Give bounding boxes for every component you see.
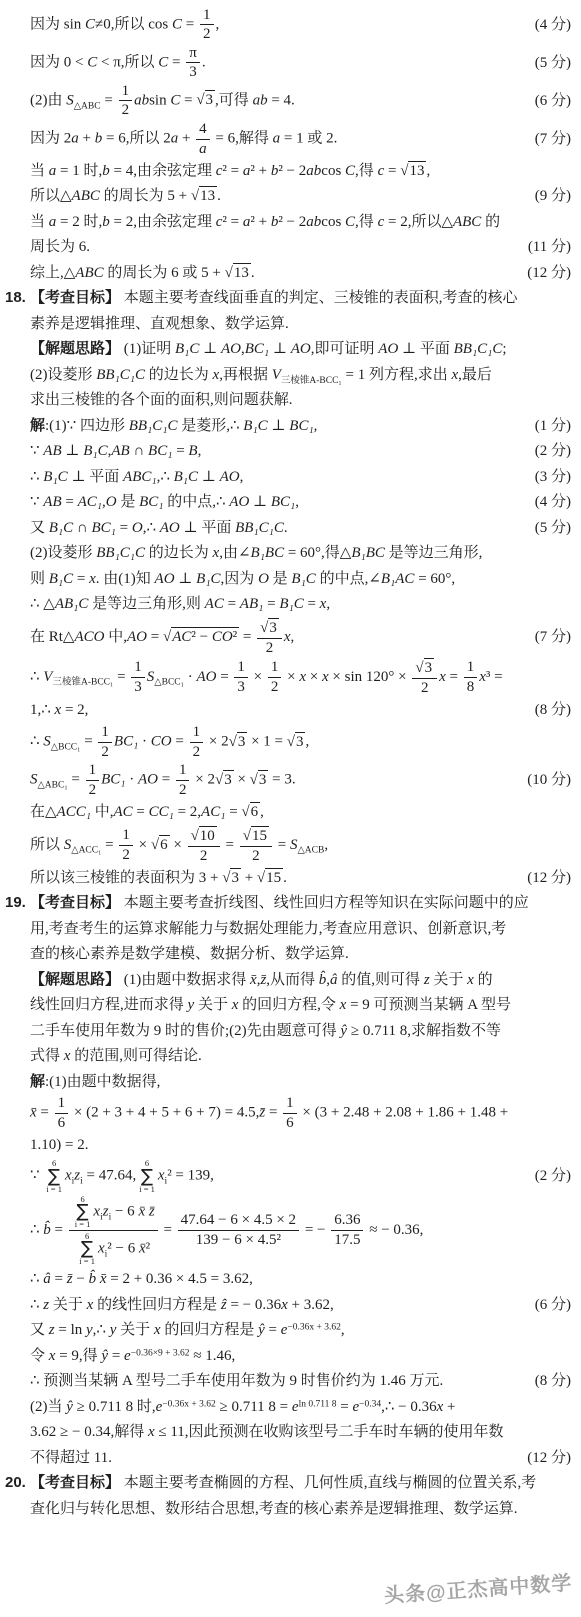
math-italic: O bbox=[258, 571, 269, 587]
math-italic: z bbox=[43, 1297, 49, 1313]
line-content: 在△ACC₁ 中,AC = CC₁ = 2,AC₁ = √6, bbox=[30, 801, 571, 824]
score-label: (10 分) bbox=[527, 769, 571, 792]
math-italic: x bbox=[232, 997, 239, 1013]
math-italic: C bbox=[158, 54, 168, 70]
fraction-denominator: 6∑i = 1xi² − 6 x̄² bbox=[69, 1231, 158, 1266]
solution-line: 不得超过 11.(12 分) bbox=[0, 1446, 581, 1470]
fraction-numerator: √15 bbox=[240, 826, 272, 847]
line-content: 【解题思路】 (1)由题中数据求得 x̄,z̄,从而得 b̂,â 的值,则可得 … bbox=[30, 969, 571, 992]
math-italic: c bbox=[378, 163, 385, 179]
math-italic: AC₁ bbox=[201, 804, 225, 820]
fraction: 13 bbox=[131, 659, 145, 696]
fraction-denominator: 2 bbox=[240, 847, 272, 865]
math-italic: BB₁C₁C bbox=[235, 520, 284, 536]
fraction: √32 bbox=[412, 658, 437, 697]
radicand: 10 bbox=[199, 826, 217, 845]
score-label: (12 分) bbox=[527, 1447, 571, 1470]
sum-lower-limit: i = 1 bbox=[139, 1185, 155, 1194]
solution-line: 又 B₁C ∩ BC₁ = O,∴ AO ⊥ 平面 BB₁C₁C.(5 分) bbox=[0, 516, 581, 540]
solution-line: ∴ S△BCC₁ = 12BC₁ · CO = 12 × 2√3 × 1 = √… bbox=[0, 724, 581, 761]
solution-line: x̄ = 16 × (2 + 3 + 4 + 5 + 6 + 7) = 4.5,… bbox=[0, 1095, 581, 1132]
sum-lower-limit: i = 1 bbox=[75, 1220, 91, 1229]
math-italic: b bbox=[102, 163, 110, 179]
math-italic: S bbox=[30, 772, 38, 788]
math-italic: ŷ bbox=[66, 1399, 73, 1415]
math-italic: x bbox=[284, 629, 291, 645]
subscript: △ABC bbox=[74, 101, 101, 111]
line-content: 素养是逻辑推理、直观想象、数学运算. bbox=[30, 313, 571, 336]
line-content: 则 B₁C = x. 由(1)知 AO ⊥ B₁C,因为 O 是 B₁C 的中点… bbox=[30, 568, 571, 591]
math-italic: AO bbox=[196, 669, 216, 685]
radicand: 15 bbox=[251, 826, 269, 845]
fraction-numerator: 6∑i = 1xizi − 6 x̄ z̄ bbox=[69, 1195, 158, 1231]
subscript: △BCC₁ bbox=[51, 743, 81, 753]
line-content: 3.62 ≥ − 0.34,解得 x ≤ 11,因此预测在收购该型号二手车时车辆… bbox=[30, 1421, 571, 1444]
line-content: (2)设菱形 BB₁C₁C 的边长为 x,再根据 V三棱锥A-BCC₁ = 1 … bbox=[30, 364, 571, 387]
line-content: 又 z = ln y,∴ y 关于 x 的回归方程是 ŷ = e−0.36x +… bbox=[30, 1319, 571, 1342]
math-italic: C bbox=[170, 92, 180, 108]
radical: √13 bbox=[191, 188, 217, 204]
bold-label: 【考查目标】 bbox=[30, 894, 120, 911]
radical: √3 bbox=[196, 92, 215, 108]
fraction-denominator: 17.5 bbox=[331, 1231, 363, 1249]
math-italic: AC₁ bbox=[78, 494, 102, 510]
math-italic: BC₁ bbox=[245, 341, 269, 357]
score-label: (3 分) bbox=[535, 466, 571, 489]
math-italic: BC₁ bbox=[139, 494, 163, 510]
math-italic: B₁BC bbox=[351, 545, 385, 561]
math-italic: ab bbox=[306, 163, 321, 179]
line-content: 1,∴ x = 2, bbox=[30, 699, 529, 722]
fraction-denominator: 2 bbox=[119, 846, 133, 864]
math-italic: AO bbox=[160, 520, 180, 536]
score-label: (8 分) bbox=[535, 1370, 571, 1393]
math-italic: ABC bbox=[75, 265, 103, 281]
math-italic: y bbox=[86, 1322, 93, 1338]
fraction: √102 bbox=[188, 826, 220, 865]
solution-line: 则 B₁C = x. 由(1)知 AO ⊥ B₁C,因为 O 是 B₁C 的中点… bbox=[0, 567, 581, 591]
fraction-numerator: 1 bbox=[131, 659, 145, 678]
sum-lower-limit: i = 1 bbox=[46, 1185, 62, 1194]
radical: √13 bbox=[225, 265, 251, 281]
fraction-numerator: 1 bbox=[200, 7, 214, 26]
math-italic: x bbox=[340, 997, 347, 1013]
math-italic: ab bbox=[253, 92, 268, 108]
score-label: (7 分) bbox=[535, 128, 571, 151]
fraction-numerator: √10 bbox=[188, 826, 220, 847]
fraction-numerator: 1 bbox=[283, 1095, 297, 1114]
math-italic: e bbox=[292, 1399, 299, 1415]
fraction-numerator: 1 bbox=[176, 762, 190, 781]
math-italic: a bbox=[273, 131, 281, 147]
line-content: ∴ â = z̄ − b̂ x̄ = 2 + 0.36 × 4.5 = 3.62… bbox=[30, 1268, 571, 1291]
fraction: 4a bbox=[196, 121, 210, 158]
math-italic: S bbox=[43, 734, 51, 750]
math-italic: a bbox=[199, 141, 207, 157]
fraction-numerator: 1 bbox=[268, 659, 282, 678]
radicand: 3 bbox=[295, 732, 306, 751]
math-italic: BB₁C₁C bbox=[454, 341, 503, 357]
fraction-numerator: 1 bbox=[86, 762, 100, 781]
fraction-numerator: π bbox=[186, 45, 200, 64]
bold-label: 【解题思路】 bbox=[30, 340, 120, 357]
solution-line: 式得 x 的范围,则可得结论. bbox=[0, 1044, 581, 1068]
math-italic: BB₁C₁C bbox=[96, 545, 145, 561]
math-italic: b̂ bbox=[89, 1271, 97, 1287]
math-italic: x bbox=[299, 669, 306, 685]
radicand: 6 bbox=[159, 835, 170, 854]
fraction-denominator: 2 bbox=[119, 101, 133, 119]
solution-line: ∴ V三棱锥A-BCC₁ = 13S△BCC₁ · AO = 13 × 12 ×… bbox=[0, 658, 581, 697]
superscript: −0.36x + 3.62 bbox=[287, 1322, 340, 1332]
math-italic: a bbox=[243, 163, 251, 179]
line-content: ∴ V三棱锥A-BCC₁ = 13S△BCC₁ · AO = 13 × 12 ×… bbox=[30, 658, 571, 697]
solution-line: (2)设菱形 BB₁C₁C 的边长为 x,再根据 V三棱锥A-BCC₁ = 1 … bbox=[0, 363, 581, 387]
line-content: 求出三棱锥的各个面的面积,则问题获解. bbox=[30, 389, 571, 412]
fraction-denominator: 2 bbox=[86, 781, 100, 799]
math-italic: x bbox=[322, 669, 329, 685]
superscript: −0.34 bbox=[359, 1399, 381, 1409]
math-italic: AB bbox=[111, 443, 129, 459]
solution-line: (2)由 S△ABC = 12absin C = √3,可得 ab = 4.(6… bbox=[0, 83, 581, 120]
line-content: 令 x = 9,得 ŷ = e−0.36×9 + 3.62 ≈ 1.46, bbox=[30, 1345, 571, 1368]
line-content: (2)当 ŷ ≥ 0.711 8 时,e−0.36x + 3.62 ≥ 0.71… bbox=[30, 1396, 571, 1419]
question-number: 19. bbox=[5, 892, 30, 915]
radicand: 13 bbox=[408, 161, 426, 180]
fraction-denominator: 2 bbox=[268, 678, 282, 696]
score-label: (4 分) bbox=[535, 491, 571, 514]
fraction-denominator: 8 bbox=[464, 678, 478, 696]
fraction: 12 bbox=[119, 83, 133, 120]
line-content: 在 Rt△ACO 中,AO = √AC² − CO² = √32x, bbox=[30, 618, 529, 657]
math-italic: x bbox=[281, 1297, 288, 1313]
math-italic: e bbox=[124, 1348, 131, 1364]
radical-sign-icon: √ bbox=[257, 867, 265, 890]
radicand: 15 bbox=[265, 868, 283, 887]
radical-sign-icon: √ bbox=[243, 828, 251, 845]
subscript: i bbox=[165, 1176, 168, 1186]
fraction-numerator: 1 bbox=[119, 83, 133, 102]
math-italic: b bbox=[102, 214, 110, 230]
solution-line: 解:(1)∵ 四边形 BB₁C₁C 是菱形,∴ B₁C ⊥ BC₁,(1 分) bbox=[0, 414, 581, 438]
solution-line: 查化归与转化思想、数形结合思想,考查的核心素养是逻辑推理、数学运算. bbox=[0, 1497, 581, 1521]
fraction-denominator: 2 bbox=[412, 679, 437, 697]
math-italic: z bbox=[424, 972, 430, 988]
math-italic: x bbox=[439, 669, 446, 685]
subscript: 三棱锥A-BCC₁ bbox=[281, 375, 342, 385]
solution-line: 综上,△ABC 的周长为 6 或 5 + √13.(12 分) bbox=[0, 261, 581, 285]
math-italic: AB bbox=[43, 443, 61, 459]
superscript: −0.36x + 3.62 bbox=[162, 1399, 215, 1409]
fraction: 6.3617.5 bbox=[331, 1212, 363, 1249]
line-content: 查的核心素养是数学建模、数据分析、数学运算. bbox=[30, 943, 571, 966]
math-italic: â bbox=[330, 972, 338, 988]
watermark: 头条@正杰高中数学 bbox=[384, 1568, 574, 1611]
math-italic: AO bbox=[229, 494, 249, 510]
math-italic: BC₁ bbox=[289, 418, 313, 434]
fraction-denominator: 6 bbox=[283, 1114, 297, 1132]
fraction: 47.64 − 6 × 4.5 × 2139 − 6 × 4.5² bbox=[178, 1212, 299, 1249]
math-italic: y bbox=[188, 997, 195, 1013]
math-italic: z̄ bbox=[67, 1271, 73, 1287]
fraction: √152 bbox=[240, 826, 272, 865]
fraction-numerator: 1 bbox=[55, 1095, 69, 1114]
summation: 6∑i = 1 bbox=[79, 1232, 95, 1266]
math-italic: x bbox=[89, 571, 96, 587]
math-italic: x bbox=[320, 596, 327, 612]
math-italic: AO bbox=[291, 341, 311, 357]
math-italic: AO bbox=[138, 772, 158, 788]
math-italic: ŷ bbox=[258, 1322, 265, 1338]
radical-sign-icon: √ bbox=[250, 769, 258, 792]
subscript: i bbox=[80, 1176, 83, 1186]
line-content: 所以△ABC 的周长为 5 + √13. bbox=[30, 185, 529, 208]
score-label: (2 分) bbox=[535, 1165, 571, 1188]
line-content: 【考查目标】 本题主要考查线面垂直的判定、三棱锥的表面积,考查的核心 bbox=[30, 287, 571, 310]
radical-sign-icon: √ bbox=[229, 731, 237, 754]
summation: 6∑i = 1 bbox=[139, 1159, 155, 1193]
fraction-numerator: 4 bbox=[196, 121, 210, 140]
solution-line: 因为 sin C≠0,所以 cos C = 12,(4 分) bbox=[0, 7, 581, 44]
solution-line: 所以△ABC 的周长为 5 + √13.(9 分) bbox=[0, 184, 581, 208]
radicand: 13 bbox=[199, 186, 217, 205]
solution-line: 线性回归方程,进而求得 y 关于 x 的回归方程,令 x = 9 可预测当某辆 … bbox=[0, 993, 581, 1017]
radical-sign-icon: √ bbox=[287, 731, 295, 754]
line-content: 所以 S△ACC₁ = 12 × √6 × √102 = √152 = S△AC… bbox=[30, 826, 571, 865]
solution-line: 二手车使用年数为 9 时的售价;(2)先由题意可得 ŷ ≥ 0.711 8,求解… bbox=[0, 1019, 581, 1043]
line-content: (2)由 S△ABC = 12absin C = √3,可得 ab = 4. bbox=[30, 83, 529, 120]
math-italic: â bbox=[43, 1271, 51, 1287]
radicand: 3 bbox=[258, 770, 269, 789]
line-content: ∴ △AB₁C 是等边三角形,则 AC = AB₁ = B₁C = x, bbox=[30, 593, 571, 616]
radicand: 3 bbox=[237, 732, 248, 751]
radical-sign-icon: √ bbox=[225, 262, 233, 285]
solution-line: 当 a = 1 时,b = 4,由余弦定理 c² = a² + b² − 2ab… bbox=[0, 159, 581, 183]
sigma-icon: ∑ bbox=[48, 1168, 60, 1185]
math-italic: c bbox=[378, 214, 385, 230]
math-italic: BB₁C₁C bbox=[96, 367, 145, 383]
radical: √3 bbox=[250, 772, 269, 788]
math-italic: x bbox=[154, 1322, 161, 1338]
math-italic: AB₁ bbox=[240, 596, 264, 612]
math-italic: ab bbox=[306, 214, 321, 230]
math-italic: x bbox=[451, 367, 458, 383]
math-italic: c bbox=[216, 214, 223, 230]
radical: √3 bbox=[229, 734, 248, 750]
subscript: △ACB bbox=[297, 845, 324, 855]
score-label: (5 分) bbox=[535, 52, 571, 75]
math-italic: b bbox=[95, 131, 103, 147]
line-content: 用,考查考生的运算求解能力与数据处理能力,考查应用意识、创新意识,考 bbox=[30, 918, 571, 941]
solution-line: 在 Rt△ACO 中,AO = √AC² − CO² = √32x,(7 分) bbox=[0, 618, 581, 657]
math-italic: x̄ bbox=[100, 1271, 107, 1287]
math-italic: BC₁ bbox=[271, 494, 295, 510]
subscript: i bbox=[109, 1212, 112, 1222]
line-content: S△ABC₁ = 12BC₁ · AO = 12 × 2√3 × √3 = 3. bbox=[30, 762, 521, 799]
score-label: (4 分) bbox=[535, 14, 571, 37]
line-content: 【解题思路】 (1)证明 B₁C ⊥ AO,BC₁ ⊥ AO,即可证明 AO ⊥… bbox=[30, 338, 571, 361]
solution-line: 周长为 6.(11 分) bbox=[0, 235, 581, 259]
solution-line: ∵ AB = AC₁,O 是 BC₁ 的中点,∴ AO ⊥ BC₁,(4 分) bbox=[0, 490, 581, 514]
line-content: ∴ b̂ = 6∑i = 1xizi − 6 x̄ z̄6∑i = 1xi² −… bbox=[30, 1195, 571, 1266]
summation: 6∑i = 1 bbox=[46, 1159, 62, 1193]
fraction-numerator: √3 bbox=[257, 618, 282, 639]
line-content: 不得超过 11. bbox=[30, 1447, 521, 1470]
line-content: 式得 x 的范围,则可得结论. bbox=[30, 1045, 571, 1068]
math-italic: AC bbox=[205, 596, 224, 612]
bold-label: 【考查目标】 bbox=[30, 289, 120, 306]
fraction-denominator: 2 bbox=[188, 847, 220, 865]
score-label: (9 分) bbox=[535, 185, 571, 208]
math-italic: a bbox=[243, 214, 251, 230]
line-content: ∴ z 关于 x 的线性回归方程是 ẑ = − 0.36x + 3.62, bbox=[30, 1294, 529, 1317]
math-italic: V bbox=[272, 367, 281, 383]
line-content: 当 a = 1 时,b = 4,由余弦定理 c² = a² + b² − 2ab… bbox=[30, 160, 571, 183]
math-italic: x bbox=[479, 669, 486, 685]
radicand: 3 bbox=[223, 770, 234, 789]
math-italic: O bbox=[106, 494, 117, 510]
question-number: 18. bbox=[5, 287, 30, 310]
question-number: 20. bbox=[5, 1472, 30, 1495]
math-italic: x bbox=[64, 1048, 71, 1064]
solution-line: 解:(1)由题中数据得, bbox=[0, 1070, 581, 1094]
sigma-icon: ∑ bbox=[141, 1168, 153, 1185]
solution-line: 1,∴ x = 2,(8 分) bbox=[0, 698, 581, 722]
summation: 6∑i = 1 bbox=[75, 1195, 91, 1229]
math-italic: AO bbox=[221, 341, 241, 357]
solution-line: ∵ 6∑i = 1xizi = 47.64,6∑i = 1xi² = 139,(… bbox=[0, 1159, 581, 1193]
radical: √15 bbox=[243, 828, 269, 844]
subscript: △BCC₁ bbox=[154, 678, 184, 688]
math-italic: AO bbox=[155, 571, 175, 587]
math-italic: x̄ bbox=[30, 1105, 37, 1121]
fraction-denominator: 2 bbox=[190, 743, 204, 761]
fraction: 18 bbox=[464, 659, 478, 696]
solution-line: 在△ACC₁ 中,AC = CC₁ = 2,AC₁ = √6, bbox=[0, 800, 581, 824]
fraction: 13 bbox=[234, 659, 248, 696]
line-content: 线性回归方程,进而求得 y 关于 x 的回归方程,令 x = 9 可预测当某辆 … bbox=[30, 994, 571, 1017]
math-italic: x bbox=[158, 1168, 165, 1184]
radical: √3 bbox=[215, 772, 234, 788]
bold-label: 解 bbox=[30, 417, 45, 434]
fraction-denominator: 139 − 6 × 4.5² bbox=[178, 1231, 299, 1249]
radical-sign-icon: √ bbox=[151, 834, 159, 857]
item-heading-line: 19.【考查目标】 本题主要考查折线图、线性回归方程等知识在实际问题中的应 bbox=[0, 891, 581, 915]
math-italic: x bbox=[98, 1240, 105, 1256]
fraction-denominator: 3 bbox=[131, 678, 145, 696]
math-italic: BB₁C₁C bbox=[129, 418, 178, 434]
math-italic: a bbox=[49, 163, 57, 179]
fraction: √32 bbox=[257, 618, 282, 657]
math-italic: z bbox=[49, 1322, 55, 1338]
fraction: 12 bbox=[268, 659, 282, 696]
fraction: 12 bbox=[190, 724, 204, 761]
solution-line: ∴ z 关于 x 的线性回归方程是 ẑ = − 0.36x + 3.62,(6 … bbox=[0, 1293, 581, 1317]
radical: √6 bbox=[241, 804, 260, 820]
score-label: (5 分) bbox=[535, 517, 571, 540]
fraction: 12 bbox=[98, 724, 112, 761]
math-italic: S bbox=[66, 92, 74, 108]
line-content: 因为 2a + b = 6,所以 2a + 4a = 6,解得 a = 1 或 … bbox=[30, 121, 529, 158]
score-label: (1 分) bbox=[535, 415, 571, 438]
math-italic: ABC bbox=[453, 214, 481, 230]
fraction-denominator: 3 bbox=[234, 678, 248, 696]
solution-line: 用,考查考生的运算求解能力与数据处理能力,考查应用意识、创新意识,考 bbox=[0, 917, 581, 941]
sigma-icon: ∑ bbox=[77, 1203, 89, 1220]
math-italic: C bbox=[345, 163, 355, 179]
math-italic: B₁C bbox=[174, 469, 198, 485]
radical: √3 bbox=[287, 734, 306, 750]
math-italic: x bbox=[49, 1348, 56, 1364]
math-italic: z̄ bbox=[149, 1203, 155, 1219]
math-italic: C bbox=[345, 214, 355, 230]
math-italic: AO bbox=[127, 629, 147, 645]
fraction-denominator: 2 bbox=[257, 639, 282, 657]
solution-line: ∴ 预测当某辆 A 型号二手车使用年数为 9 时售价约为 1.46 万元.(8 … bbox=[0, 1369, 581, 1393]
lines: 因为 sin C≠0,所以 cos C = 12,(4 分)因为 0 < C <… bbox=[0, 5, 581, 1522]
math-italic: x̄ bbox=[138, 1203, 145, 1219]
score-label: (6 分) bbox=[535, 90, 571, 113]
solution-line: 【解题思路】 (1)由题中数据求得 x̄,z̄,从而得 b̂,â 的值,则可得 … bbox=[0, 968, 581, 992]
solution-line: 求出三棱锥的各个面的面积,则问题获解. bbox=[0, 388, 581, 412]
line-content: 1.10) = 2. bbox=[30, 1134, 571, 1157]
math-italic: x bbox=[467, 972, 474, 988]
math-italic: AO bbox=[220, 469, 240, 485]
fraction: 16 bbox=[283, 1095, 297, 1132]
math-italic: BC₁ bbox=[101, 772, 125, 788]
fraction: 12 bbox=[176, 762, 190, 799]
superscript: −0.36×9 + 3.62 bbox=[131, 1348, 190, 1358]
solution-line: (2)设菱形 BB₁C₁C 的边长为 x,由∠B₁BC = 60°,得△B₁BC… bbox=[0, 541, 581, 565]
solution-line: 因为 2a + b = 6,所以 2a + 4a = 6,解得 a = 1 或 … bbox=[0, 121, 581, 158]
line-content: 二手车使用年数为 9 时的售价;(2)先由题意可得 ŷ ≥ 0.711 8,求解… bbox=[30, 1020, 571, 1043]
line-content: ∴ 预测当某辆 A 型号二手车使用年数为 9 时售价约为 1.46 万元. bbox=[30, 1370, 529, 1393]
math-italic: B₁AC bbox=[381, 571, 415, 587]
radical: √10 bbox=[191, 828, 217, 844]
fraction-numerator: 6.36 bbox=[331, 1212, 363, 1231]
math-italic: b bbox=[271, 214, 279, 230]
math-italic: x̄ bbox=[250, 972, 257, 988]
radical-sign-icon: √ bbox=[215, 769, 223, 792]
radical-sign-icon: √ bbox=[415, 660, 423, 677]
math-italic: CO bbox=[151, 734, 172, 750]
solution-line: 【解题思路】 (1)证明 B₁C ⊥ AO,BC₁ ⊥ AO,即可证明 AO ⊥… bbox=[0, 337, 581, 361]
radical: √15 bbox=[257, 870, 283, 886]
solution-line: 因为 0 < C < π,所以 C = π3.(5 分) bbox=[0, 45, 581, 82]
line-content: 综上,△ABC 的周长为 6 或 5 + √13. bbox=[30, 262, 521, 285]
item-heading-line: 18.【考查目标】 本题主要考查线面垂直的判定、三棱锥的表面积,考查的核心 bbox=[0, 286, 581, 310]
math-italic: x bbox=[148, 1424, 155, 1440]
math-italic: O bbox=[132, 520, 143, 536]
math-italic: AO bbox=[378, 341, 398, 357]
sigma-icon: ∑ bbox=[81, 1240, 93, 1257]
fraction-denominator: 3 bbox=[186, 63, 200, 81]
math-italic: BC₁ bbox=[114, 734, 138, 750]
score-label: (7 分) bbox=[535, 626, 571, 649]
fraction-denominator: 2 bbox=[200, 25, 214, 43]
math-italic: BC₁ bbox=[92, 520, 116, 536]
subscript: i bbox=[105, 1249, 108, 1259]
math-italic: ACO bbox=[74, 629, 104, 645]
score-label: (11 分) bbox=[528, 236, 571, 259]
math-italic: b̂ bbox=[43, 1222, 51, 1238]
fraction: 12 bbox=[119, 827, 133, 864]
math-italic: x bbox=[213, 545, 220, 561]
math-italic: B₁C bbox=[175, 341, 199, 357]
bold-label: 解 bbox=[30, 1073, 45, 1090]
math-italic: x bbox=[87, 1297, 94, 1313]
math-italic: B₁C bbox=[291, 571, 315, 587]
